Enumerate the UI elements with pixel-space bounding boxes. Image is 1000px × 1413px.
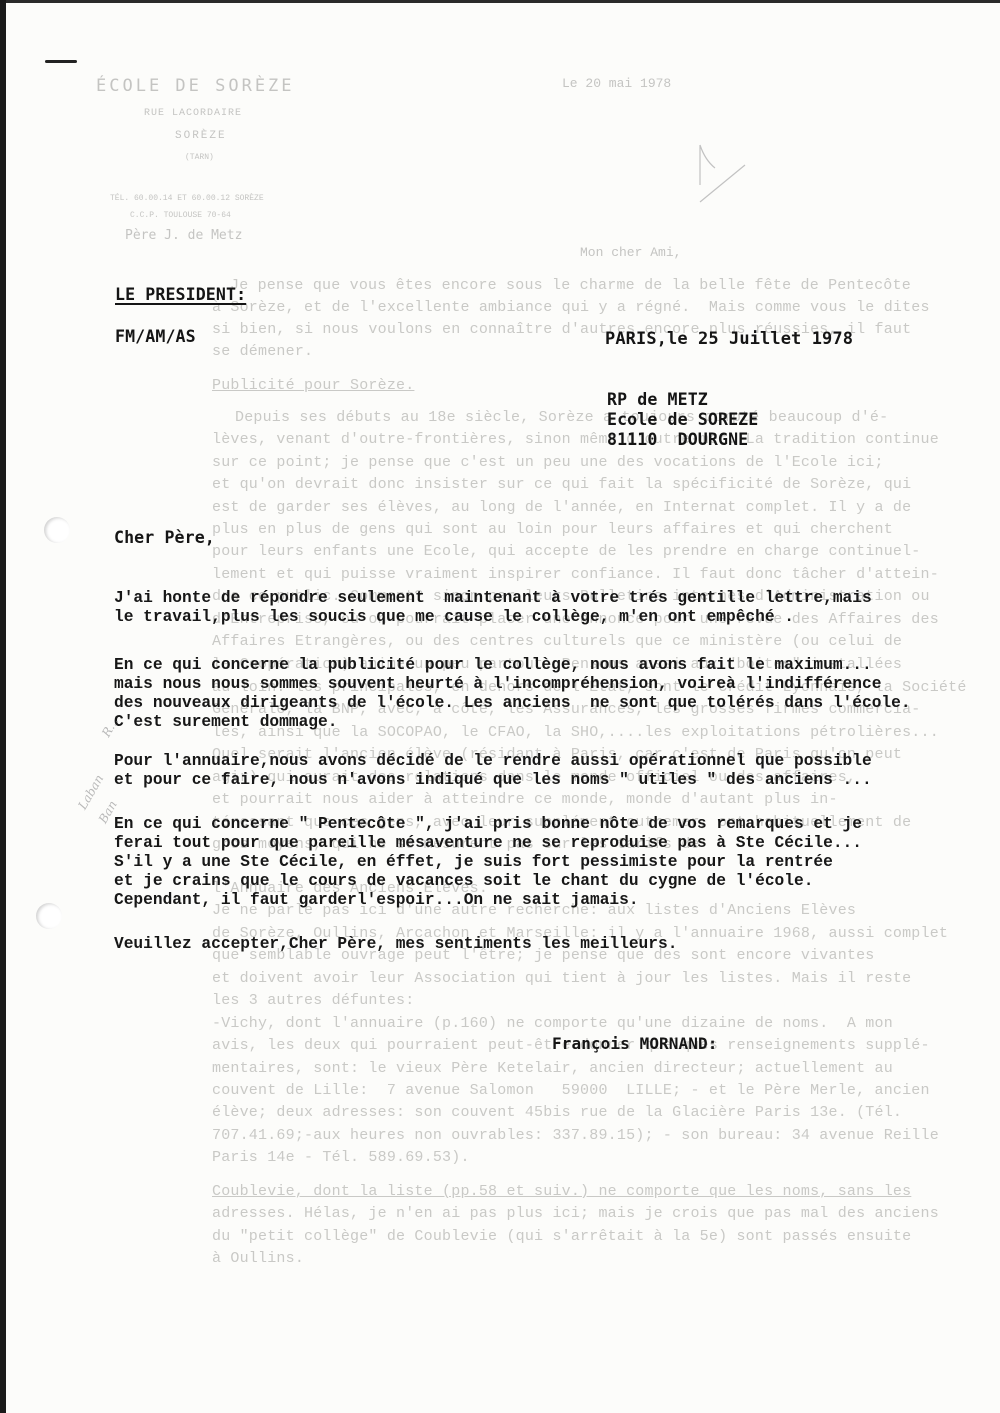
ghost-letterhead-phone: TÉL. 60.00.14 ET 60.00.12 SORÈZE [110, 194, 264, 203]
salutation: Cher Père, [114, 528, 215, 547]
ghost-line: se démener. [212, 341, 313, 364]
ghost-letterhead-region: (TARN) [185, 153, 214, 162]
ghost-line: Affaires Etrangères, ou des centres cult… [212, 631, 902, 654]
ghost-line: du "petit collège" de Coublevie (qui s'a… [212, 1226, 911, 1249]
paragraph-pentecost: En ce qui concerne " Pentecôte ", j'ai p… [114, 815, 862, 910]
ghost-line: à Sorèze, et de l'excellente ambiance qu… [212, 297, 930, 320]
ghost-letterhead-town: SORÈZE [175, 130, 227, 142]
ghost-line: Depuis ses débuts au 18e siècle, Sorèze … [235, 407, 888, 430]
place-date: PARIS,le 25 Juillet 1978 [605, 329, 853, 349]
ghost-line: 707.41.69;-aux heures non ouvrables: 337… [212, 1125, 939, 1148]
checkmark-icon [690, 140, 760, 210]
ghost-line: est de garder ses élèves, au long de l'a… [212, 497, 911, 520]
ghost-line: élève; deux adresses: son couvent 45bis … [212, 1102, 902, 1125]
ghost-line: Publicité pour Sorèze. [212, 375, 414, 398]
ghost-line: Coublevie, dont la liste (pp.58 et suiv.… [212, 1181, 911, 1204]
ghost-letterhead-street: RUE LACORDAIRE [144, 108, 242, 119]
ghost-letterhead-ccp: C.C.P. TOULOUSE 70-64 [130, 211, 231, 220]
ghost-line: Paris 14e - Tél. 589.69.53). [212, 1147, 470, 1170]
ghost-letterhead-recipient: Père J. de Metz [125, 228, 242, 243]
ghost-line: pour leurs enfants une Ecole, qui accept… [212, 541, 921, 564]
recipient-address: 81110 DOURGNE [607, 430, 748, 449]
ghost-line: et doivent avoir leur Association qui ti… [212, 968, 911, 991]
ghost-line: plus en plus de gens qui sont au loin po… [212, 519, 893, 542]
ghost-line: et qu'on devrait donc insister sur ce qu… [212, 474, 911, 497]
ghost-line: Je pense que vous êtes encore sous le ch… [230, 275, 911, 298]
reference-code: FM/AM/AS [115, 327, 196, 346]
ghost-line: couvent de Lille: 7 avenue Salomon 59000… [212, 1080, 930, 1103]
ghost-line: sur ce point; je pense que c'est un peu … [212, 452, 884, 475]
staple-mark [45, 60, 77, 63]
paragraph-apology: J'ai honte de répondre seulement mainten… [114, 589, 872, 627]
ghost-line: adresses. Hélas, je n'en ai pas plus ici… [212, 1203, 939, 1226]
ghost-line: et pourrait nous aider à atteindre ce mo… [212, 789, 838, 812]
paragraph-publicity: En ce qui concerne la publicité pour le … [114, 656, 911, 732]
ghost-line: -Vichy, dont l'annuaire (p.160) ne compo… [212, 1013, 893, 1036]
ghost-line: lèves, venant d'outre-frontières, sinon … [212, 429, 939, 452]
ghost-line: mentaires, sont: le vieux Père Ketelair,… [212, 1058, 893, 1081]
ghost-line: les 3 autres défuntes: [212, 990, 414, 1013]
paragraph-directory: Pour l'annuaire,nous avons décidé de le … [114, 752, 872, 790]
punch-hole-bottom [36, 903, 62, 929]
closing: Veuillez accepter,Cher Père, mes sentime… [114, 935, 677, 954]
recipient-institution: Ecole de SOREZE [607, 410, 758, 429]
punch-hole-top [44, 517, 70, 543]
ghost-salutation: Mon cher Ami, [580, 245, 681, 260]
sender-title: LE PRESIDENT: [115, 285, 246, 304]
ghost-date: Le 20 mai 1978 [562, 76, 671, 91]
ghost-letterhead-school: ÉCOLE DE SORÈZE [96, 76, 295, 96]
signature: François MORNAND: [552, 1034, 717, 1053]
ghost-line: à Oullins. [212, 1248, 304, 1271]
recipient-name: RP de METZ [607, 390, 708, 409]
ghost-line: lement et qui puisse vraiment inspirer c… [212, 564, 939, 587]
